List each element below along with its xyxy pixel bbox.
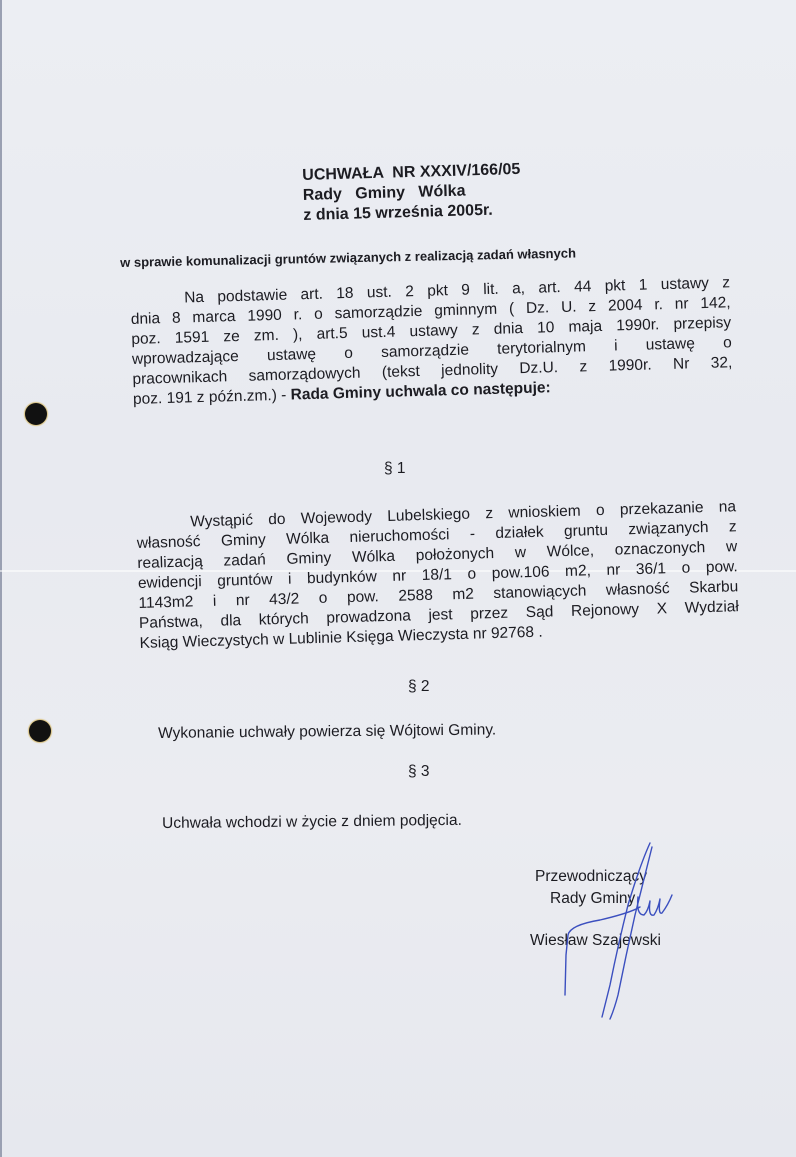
resolution-subject: w sprawie komunalizacji gruntów związany…: [120, 245, 576, 270]
section-3-text: Uchwała wchodzi w życie z dniem podjęcia…: [162, 812, 462, 833]
section-2-text: Wykonanie uchwały powierza się Wójtowi G…: [158, 721, 496, 743]
section-marker-1: § 1: [384, 460, 406, 478]
section-marker-2: § 2: [408, 678, 430, 696]
punch-hole-top: [25, 403, 47, 425]
legal-basis-paragraph: Na podstawie art. 18 ust. 2 pkt 9 lit. a…: [130, 273, 733, 410]
section-marker-3: § 3: [408, 763, 430, 781]
scanned-page: UCHWAŁA NR XXXIV/166/05 Rady Gminy Wólka…: [0, 0, 796, 1157]
resolution-header: UCHWAŁA NR XXXIV/166/05 Rady Gminy Wólka…: [302, 160, 522, 226]
section-1-paragraph: Wystąpić do Wojewody Lubelskiego z wnios…: [136, 497, 740, 654]
page-edge: [0, 0, 2, 1157]
handwritten-signature-icon: [540, 835, 700, 1020]
basis-citation: poz. 191 z późn.zm.) -: [133, 387, 291, 408]
punch-hole-bottom: [29, 720, 51, 742]
